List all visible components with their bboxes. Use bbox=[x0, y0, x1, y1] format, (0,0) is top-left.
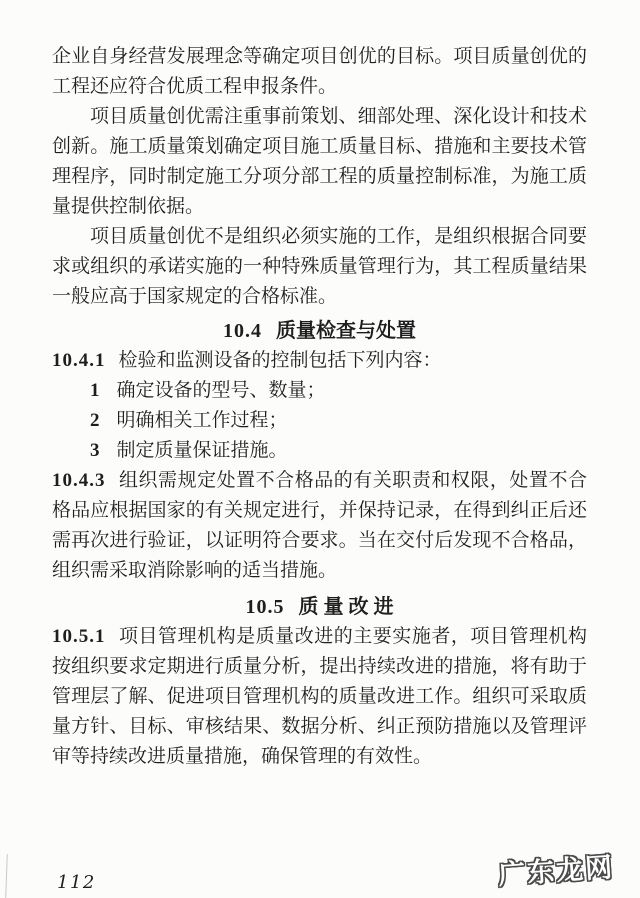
list-item-number: 1 bbox=[90, 380, 100, 401]
list-item: 1确定设备的型号、数量； bbox=[52, 376, 587, 406]
section-number: 10.4 bbox=[223, 320, 262, 342]
list-item-text: 确定设备的型号、数量； bbox=[117, 380, 326, 401]
list-item-text: 明确相关工作过程； bbox=[117, 410, 288, 431]
page-number: 112 bbox=[57, 872, 96, 893]
body-line: 组织需采取消除影响的适当措施。 bbox=[52, 556, 587, 586]
clause-line: 10.5.1项目管理机构是质量改进的主要实施者，项目管理机构 bbox=[52, 622, 587, 652]
list-item: 2明确相关工作过程； bbox=[52, 406, 587, 436]
list-item: 3制定质量保证措施。 bbox=[52, 436, 587, 466]
clause-number: 10.4.1 bbox=[52, 350, 106, 371]
clause-line: 10.4.3组织需规定处置不合格品的有关职责和权限，处置不合 bbox=[52, 466, 587, 496]
body-line: 工程还应符合优质工程申报条件。 bbox=[52, 72, 587, 102]
section-heading-10-5: 10.5质 量 改 进 bbox=[52, 592, 587, 622]
watermark-text: 广东龙网 bbox=[497, 845, 615, 892]
body-line: 一般应高于国家规定的合格标准。 bbox=[52, 282, 587, 312]
body-line: 企业自身经营发展理念等确定项目创优的目标。项目质量创优的 bbox=[52, 42, 587, 72]
section-title: 质 量 改 进 bbox=[299, 596, 394, 618]
clause-text: 项目管理机构是质量改进的主要实施者，项目管理机构 bbox=[119, 626, 588, 647]
clause-line: 10.4.1检验和监测设备的控制包括下列内容： bbox=[52, 346, 587, 376]
clause-number: 10.4.3 bbox=[52, 470, 106, 491]
section-heading-10-4: 10.4质量检查与处置 bbox=[52, 316, 587, 346]
list-item-number: 3 bbox=[90, 440, 100, 461]
scan-edge-line bbox=[5, 854, 8, 898]
section-number: 10.5 bbox=[246, 596, 285, 618]
clause-number: 10.5.1 bbox=[52, 626, 106, 647]
document-page: 企业自身经营发展理念等确定项目创优的目标。项目质量创优的 工程还应符合优质工程申… bbox=[0, 0, 640, 898]
body-line: 创新。施工质量策划确定项目施工质量目标、措施和主要技术管 bbox=[52, 132, 587, 162]
body-line: 管理层了解、促进项目管理机构的质量改进工作。组织可采取质 bbox=[52, 682, 587, 712]
body-line: 按组织要求定期进行质量分析，提出持续改进的措施，将有助于 bbox=[52, 652, 587, 682]
section-title: 质量检查与处置 bbox=[276, 320, 416, 342]
body-line: 项目质量创优不是组织必须实施的工作，是组织根据合同要 bbox=[52, 222, 587, 252]
clause-text: 组织需规定处置不合格品的有关职责和权限，处置不合 bbox=[119, 470, 588, 491]
body-line: 需再次进行验证，以证明符合要求。当在交付后发现不合格品， bbox=[52, 526, 587, 556]
body-line: 项目质量创优需注重事前策划、细部处理、深化设计和技术 bbox=[52, 102, 587, 132]
body-line: 量提供控制依据。 bbox=[52, 192, 587, 222]
list-item-number: 2 bbox=[90, 410, 100, 431]
body-line: 审等持续改进质量措施，确保管理的有效性。 bbox=[52, 742, 587, 772]
list-item-text: 制定质量保证措施。 bbox=[117, 440, 288, 461]
body-line: 求或组织的承诺实施的一种特殊质量管理行为，其工程质量结果 bbox=[52, 252, 587, 282]
body-line: 理程序，同时制定施工分项分部工程的质量控制标准，为施工质 bbox=[52, 162, 587, 192]
clause-text: 检验和监测设备的控制包括下列内容： bbox=[119, 350, 442, 371]
body-line: 格品应根据国家的有关规定进行，并保持记录，在得到纠正后还 bbox=[52, 496, 587, 526]
page-text: 企业自身经营发展理念等确定项目创优的目标。项目质量创优的 工程还应符合优质工程申… bbox=[52, 42, 587, 772]
body-line: 量方针、目标、审核结果、数据分析、纠正预防措施以及管理评 bbox=[52, 712, 587, 742]
